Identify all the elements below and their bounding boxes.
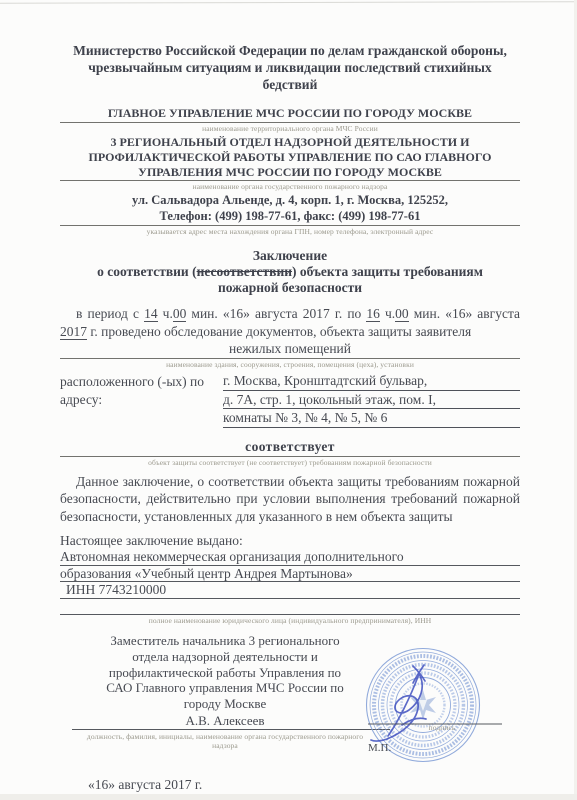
- title-text: ) объекта защиты требованиям: [292, 264, 483, 279]
- document-title: Заключение о соответствии (несоответстви…: [60, 248, 520, 296]
- object-address-value: г. Москва, Кронштадтский бульвар, д. 7А,…: [223, 373, 520, 429]
- filled-value: 14: [144, 306, 158, 322]
- org-phone-line: Телефон: (499) 198-77-61, факс: (499) 19…: [60, 209, 520, 227]
- title-line-3: пожарной безопасности: [60, 280, 520, 296]
- position-line: САО Главного управления МЧС России по: [60, 680, 390, 696]
- scanned-document-page: Министерство Российской Федерации по дел…: [0, 0, 577, 800]
- issued-to-inn-line: ИНН 7743210000: [60, 583, 520, 599]
- object-address-label: расположенного (-ых) по адресу:: [60, 373, 223, 429]
- period-text: г. проведено обследование документов, об…: [87, 324, 471, 339]
- filled-value: 00: [395, 306, 409, 322]
- scan-edge-artifact: [0, 1, 577, 4]
- filled-value: 00: [173, 306, 187, 322]
- period-text: ч.: [380, 306, 395, 321]
- filled-value: 16: [366, 306, 380, 322]
- verdict-caption: объект защиты соответствует (не соответс…: [60, 458, 520, 467]
- org-address-caption: указывается адрес места нахождения орган…: [60, 227, 520, 236]
- issued-to-label: Настоящее заключение выдано:: [60, 532, 520, 549]
- regional-department-name: 3 РЕГИОНАЛЬНЫЙ ОТДЕЛ НАДЗОРНОЙ ДЕЯТЕЛЬНО…: [60, 135, 520, 180]
- compliance-verdict: соответствует: [60, 439, 520, 457]
- object-name-caption: наименование здания, сооружения, строени…: [60, 360, 520, 369]
- title-text: о соответствии (: [97, 264, 197, 279]
- object-address-row: расположенного (-ых) по адресу: г. Москв…: [60, 373, 520, 429]
- position-line: профилактической работы Управления по: [60, 665, 390, 681]
- period-text: в период с: [76, 306, 144, 321]
- official-name: А.В. Алексеев: [60, 713, 390, 728]
- position-line: городу Москве: [60, 696, 390, 712]
- period-text: мин. «16» августа: [409, 306, 520, 321]
- validity-paragraph: Данное заключение, о соответствии объект…: [60, 473, 520, 526]
- signature-caption: подпись: [412, 723, 472, 732]
- survey-period-paragraph: в период с 14 ч.00 мин. «16» августа 201…: [60, 305, 520, 340]
- issued-to-line: образования «Учебный центр Андрея Мартын…: [60, 567, 520, 583]
- document-date: «16» августа 2017 г.: [88, 776, 520, 793]
- regional-department-caption: наименование органа государственного пож…: [60, 182, 520, 191]
- title-line-2: о соответствии (несоответствии) объекта …: [60, 264, 520, 280]
- document-content: Министерство Российской Федерации по дел…: [60, 42, 520, 793]
- official-position-block: Заместитель начальника 3 регионального о…: [60, 633, 390, 750]
- official-name-caption: должность, фамилия, инициалы, наименован…: [80, 732, 370, 750]
- period-text: мин. «16» августа 2017 г. по: [186, 306, 366, 321]
- position-line: отдела надзорной деятельности и: [60, 649, 390, 665]
- filled-value: 2017: [60, 324, 87, 340]
- round-seal-stamp: [358, 638, 538, 778]
- title-line-1: Заключение: [60, 248, 520, 264]
- struck-word: несоответствии: [197, 264, 292, 279]
- issued-to-line: Автономная некоммерческая организация до…: [60, 550, 520, 566]
- scan-edge-artifact: [0, 794, 577, 800]
- address-line: г. Москва, Кронштадтский бульвар,: [223, 373, 520, 391]
- stamp-place-mark: М.П.: [368, 742, 391, 754]
- org-address-line: ул. Сальвадора Альенде, д. 4, корп. 1, г…: [60, 193, 520, 209]
- main-department-name: ГЛАВНОЕ УПРАВЛЕНИЕ МЧС РОССИИ ПО ГОРОДУ …: [60, 106, 520, 123]
- issued-to-empty-line: [60, 600, 520, 616]
- period-text: ч.: [158, 306, 173, 321]
- protected-object-name: нежилых помещений: [60, 341, 520, 359]
- form-rule: [72, 729, 390, 730]
- issued-to-caption: полное наименование юридического лица (и…: [60, 616, 520, 625]
- position-line: Заместитель начальника 3 регионального: [60, 633, 390, 649]
- signature-block: Заместитель начальника 3 регионального о…: [60, 630, 520, 772]
- address-line: комнаты № 3, № 4, № 5, № 6: [223, 410, 520, 428]
- ministry-header: Министерство Российской Федерации по дел…: [60, 42, 520, 93]
- address-line: д. 7А, стр. 1, цокольный этаж, пом. I,: [223, 392, 520, 410]
- main-department-caption: наименование территориального органа МЧС…: [60, 124, 520, 133]
